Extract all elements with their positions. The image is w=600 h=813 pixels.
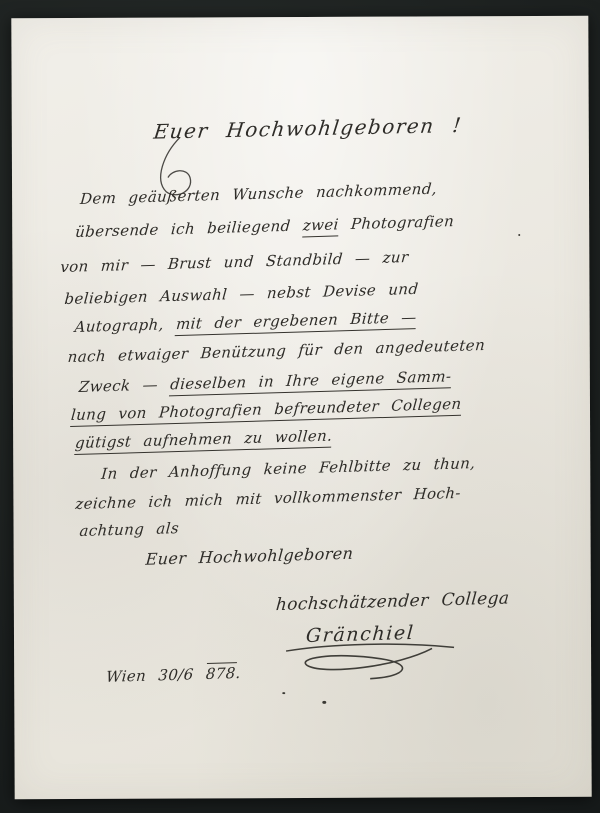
body-text: Zweck — [78, 375, 171, 396]
body-text: von mir — Brust und Standbild — zur [60, 248, 410, 276]
body-text: übersende ich beiliegend [75, 216, 304, 241]
body-line: übersende ich beiliegend zwei Photografi… [75, 212, 455, 241]
body-underlined-text: dieselben in Ihre eigene Samm- [169, 367, 452, 396]
salutation: Euer Hochwohlgeboren ! [152, 113, 463, 144]
ink-speck [322, 701, 326, 704]
scanned-letter-photo: { "page": { "background_color": "#1d2120… [0, 0, 600, 813]
signoff: hochschätzender Collega [275, 588, 510, 615]
body-line: Zweck — dieselben in Ihre eigene Samm- [78, 367, 452, 396]
body-line: gütigst aufnehmen zu wollen. [74, 427, 333, 452]
date-line: Wien 30/6 878. [105, 664, 241, 686]
closing-text: zeichne ich mich mit vollkommenster Hoch… [75, 484, 462, 513]
body-text: Photografien [338, 212, 455, 233]
body-underlined-text: lung von Photografien befreundeter Colle… [70, 395, 462, 427]
closing-line: In der Anhoffung keine Fehlbitte zu thun… [101, 454, 477, 483]
body-line: nach etwaiger Benützung für den angedeut… [67, 336, 486, 366]
body-line: Dem geäußerten Wunsche nachkommend, [79, 180, 437, 208]
signature-text: Gränchiel [305, 622, 415, 647]
body-text: nach etwaiger Benützung für den angedeut… [67, 336, 486, 366]
body-line: Autograph, mit der ergebenen Bitte — [74, 308, 417, 336]
body-underlined-text: gütigst aufnehmen zu wollen. [74, 427, 333, 455]
body-underlined-text: mit der ergebenen Bitte — [175, 308, 417, 335]
closing-line: Euer Hochwohlgeboren [145, 544, 354, 569]
closing-text: In der Anhoffung keine Fehlbitte zu thun… [101, 454, 477, 483]
body-text: Autograph, [74, 315, 177, 336]
body-line: lung von Photografien befreundeter Colle… [70, 395, 462, 424]
ink-speck [282, 692, 285, 694]
signature: Gränchiel [305, 622, 415, 647]
body-underlined-text: zwei [302, 215, 340, 237]
body-line: von mir — Brust und Standbild — zur [60, 248, 410, 276]
body-text: Dem geäußerten Wunsche nachkommend, [79, 180, 437, 208]
letter-paper: Euer Hochwohlgeboren ! Dem geäußerten Wu… [11, 16, 591, 800]
closing-line: zeichne ich mich mit vollkommenster Hoch… [75, 484, 462, 513]
date-punct: . [235, 664, 242, 682]
body-text: beliebigen Auswahl — nebst Devise und [64, 280, 419, 308]
ink-speck [518, 234, 520, 236]
date-year-text: 878 [205, 662, 236, 683]
body-line: beliebigen Auswahl — nebst Devise und [64, 280, 419, 308]
salutation-text: Euer Hochwohlgeboren ! [152, 113, 463, 144]
closing-text: achtung als [79, 519, 180, 540]
closing-line: achtung als [79, 519, 180, 540]
closing-text: Euer Hochwohlgeboren [145, 544, 354, 569]
date-place-text: Wien 30/6 [105, 665, 206, 686]
signoff-text: hochschätzender Collega [275, 588, 510, 615]
